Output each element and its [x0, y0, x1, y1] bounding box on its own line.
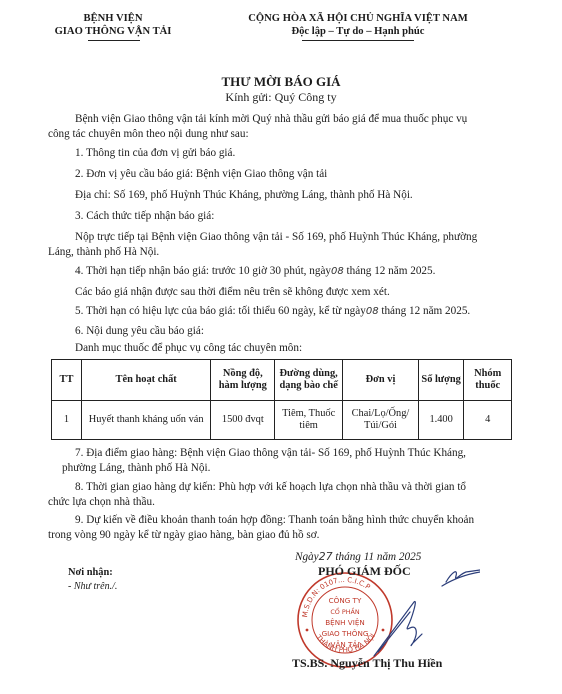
intro-line2: công tác chuyên môn theo nội dung như sa…	[48, 127, 518, 141]
document-title: THƯ MỜI BÁO GIÁ	[0, 74, 562, 90]
section-9-line2: trong vòng 90 ngày kể từ ngày giao hàng,…	[48, 528, 518, 542]
cell-unit: Chai/Lọ/Ống/ Túi/Gói	[343, 401, 419, 440]
org-name-line2: GIAO THÔNG VẬN TẢI	[38, 25, 188, 38]
section-3-detail-line1: Nộp trực tiếp tại Bệnh viện Giao thông v…	[75, 231, 477, 243]
cell-drug-group: 4	[464, 401, 512, 440]
signature-date-prefix: Ngày	[295, 551, 319, 563]
recipients-label: Nơi nhận:	[68, 567, 113, 578]
section-4-prefix: 4. Thời hạn tiếp nhận báo giá: trước 10 …	[75, 265, 331, 277]
col-header-quantity: Số lượng	[418, 360, 464, 401]
section-5-prefix: 5. Thời hạn có hiệu lực của báo giá: tối…	[75, 305, 366, 317]
col-header-unit: Đơn vị	[343, 360, 419, 401]
salutation: Kính gửi: Quý Công ty	[0, 90, 562, 105]
intro-line1: Bệnh viện Giao thông vận tải kính mời Qu…	[75, 113, 467, 125]
section-6: 6. Nội dung yêu cầu báo giá:	[75, 325, 204, 337]
section-4-handwritten-day: 08	[331, 266, 344, 277]
col-header-active-ingredient: Tên hoạt chất	[81, 360, 210, 401]
national-header: CỘNG HÒA XÃ HỘI CHỦ NGHĨA VIỆT NAM Độc l…	[228, 12, 488, 38]
section-6-list-caption: Danh mục thuốc để phục vụ công tác chuyê…	[75, 342, 302, 354]
col-header-concentration: Nồng độ, hàm lượng	[211, 360, 275, 401]
org-underline	[88, 40, 140, 41]
org-header: BỆNH VIỆN GIAO THÔNG VẬN TẢI	[38, 12, 188, 38]
col-header-drug-group: Nhóm thuốc	[464, 360, 512, 401]
section-8-line1: 8. Thời gian giao hàng dự kiến: Phù hợp …	[75, 481, 466, 493]
handwritten-signature-icon	[330, 560, 480, 670]
org-name-line1: BỆNH VIỆN	[38, 12, 188, 25]
motto-underline	[302, 40, 414, 41]
section-4: 4. Thời hạn tiếp nhận báo giá: trước 10 …	[75, 265, 435, 277]
section-3-detail-line2: Láng, thành phố Hà Nội.	[48, 245, 518, 259]
section-7-line2: phường Láng, thành phố Hà Nội.	[62, 461, 532, 475]
motto: Độc lập – Tự do – Hạnh phúc	[228, 25, 488, 38]
table-header-row: TT Tên hoạt chất Nồng độ, hàm lượng Đườn…	[52, 360, 512, 401]
table-row: 1 Huyết thanh kháng uốn ván 1500 đvqt Ti…	[52, 401, 512, 440]
section-2-address: Địa chỉ: Số 169, phố Huỳnh Thúc Kháng, p…	[75, 189, 413, 201]
cell-quantity: 1.400	[418, 401, 464, 440]
cell-active-ingredient: Huyết thanh kháng uốn ván	[81, 401, 210, 440]
section-5-suffix: tháng 12 năm 2025.	[379, 305, 471, 317]
recipient-item: - Như trên./.	[68, 581, 117, 592]
section-5-handwritten-day: 08	[366, 306, 379, 317]
section-4-note: Các báo giá nhận được sau thời điểm nêu …	[75, 286, 390, 298]
cell-concentration: 1500 đvqt	[211, 401, 275, 440]
section-7-line1: 7. Địa điểm giao hàng: Bệnh viện Giao th…	[75, 447, 466, 459]
section-1: 1. Thông tin của đơn vị gửi báo giá.	[75, 147, 235, 159]
cell-route-form: Tiêm, Thuốc tiêm	[275, 401, 343, 440]
section-5: 5. Thời hạn có hiệu lực của báo giá: tối…	[75, 305, 470, 317]
col-header-tt: TT	[52, 360, 82, 401]
cell-tt: 1	[52, 401, 82, 440]
col-header-route-form: Đường dùng, dạng bào chế	[275, 360, 343, 401]
section-3: 3. Cách thức tiếp nhận báo giá:	[75, 210, 214, 222]
section-8-line2: chức lựa chọn nhà thầu.	[48, 495, 518, 509]
nation-name: CỘNG HÒA XÃ HỘI CHỦ NGHĨA VIỆT NAM	[228, 12, 488, 25]
medicine-table: TT Tên hoạt chất Nồng độ, hàm lượng Đườn…	[51, 359, 512, 440]
section-9-line1: 9. Dự kiến về điều khoản thanh toán hợp …	[75, 514, 474, 526]
section-2: 2. Đơn vị yêu cầu báo giá: Bệnh viện Gia…	[75, 168, 327, 180]
signer-name: TS.BS. Nguyễn Thị Thu Hiền	[292, 656, 442, 671]
section-4-suffix: tháng 12 năm 2025.	[344, 265, 436, 277]
